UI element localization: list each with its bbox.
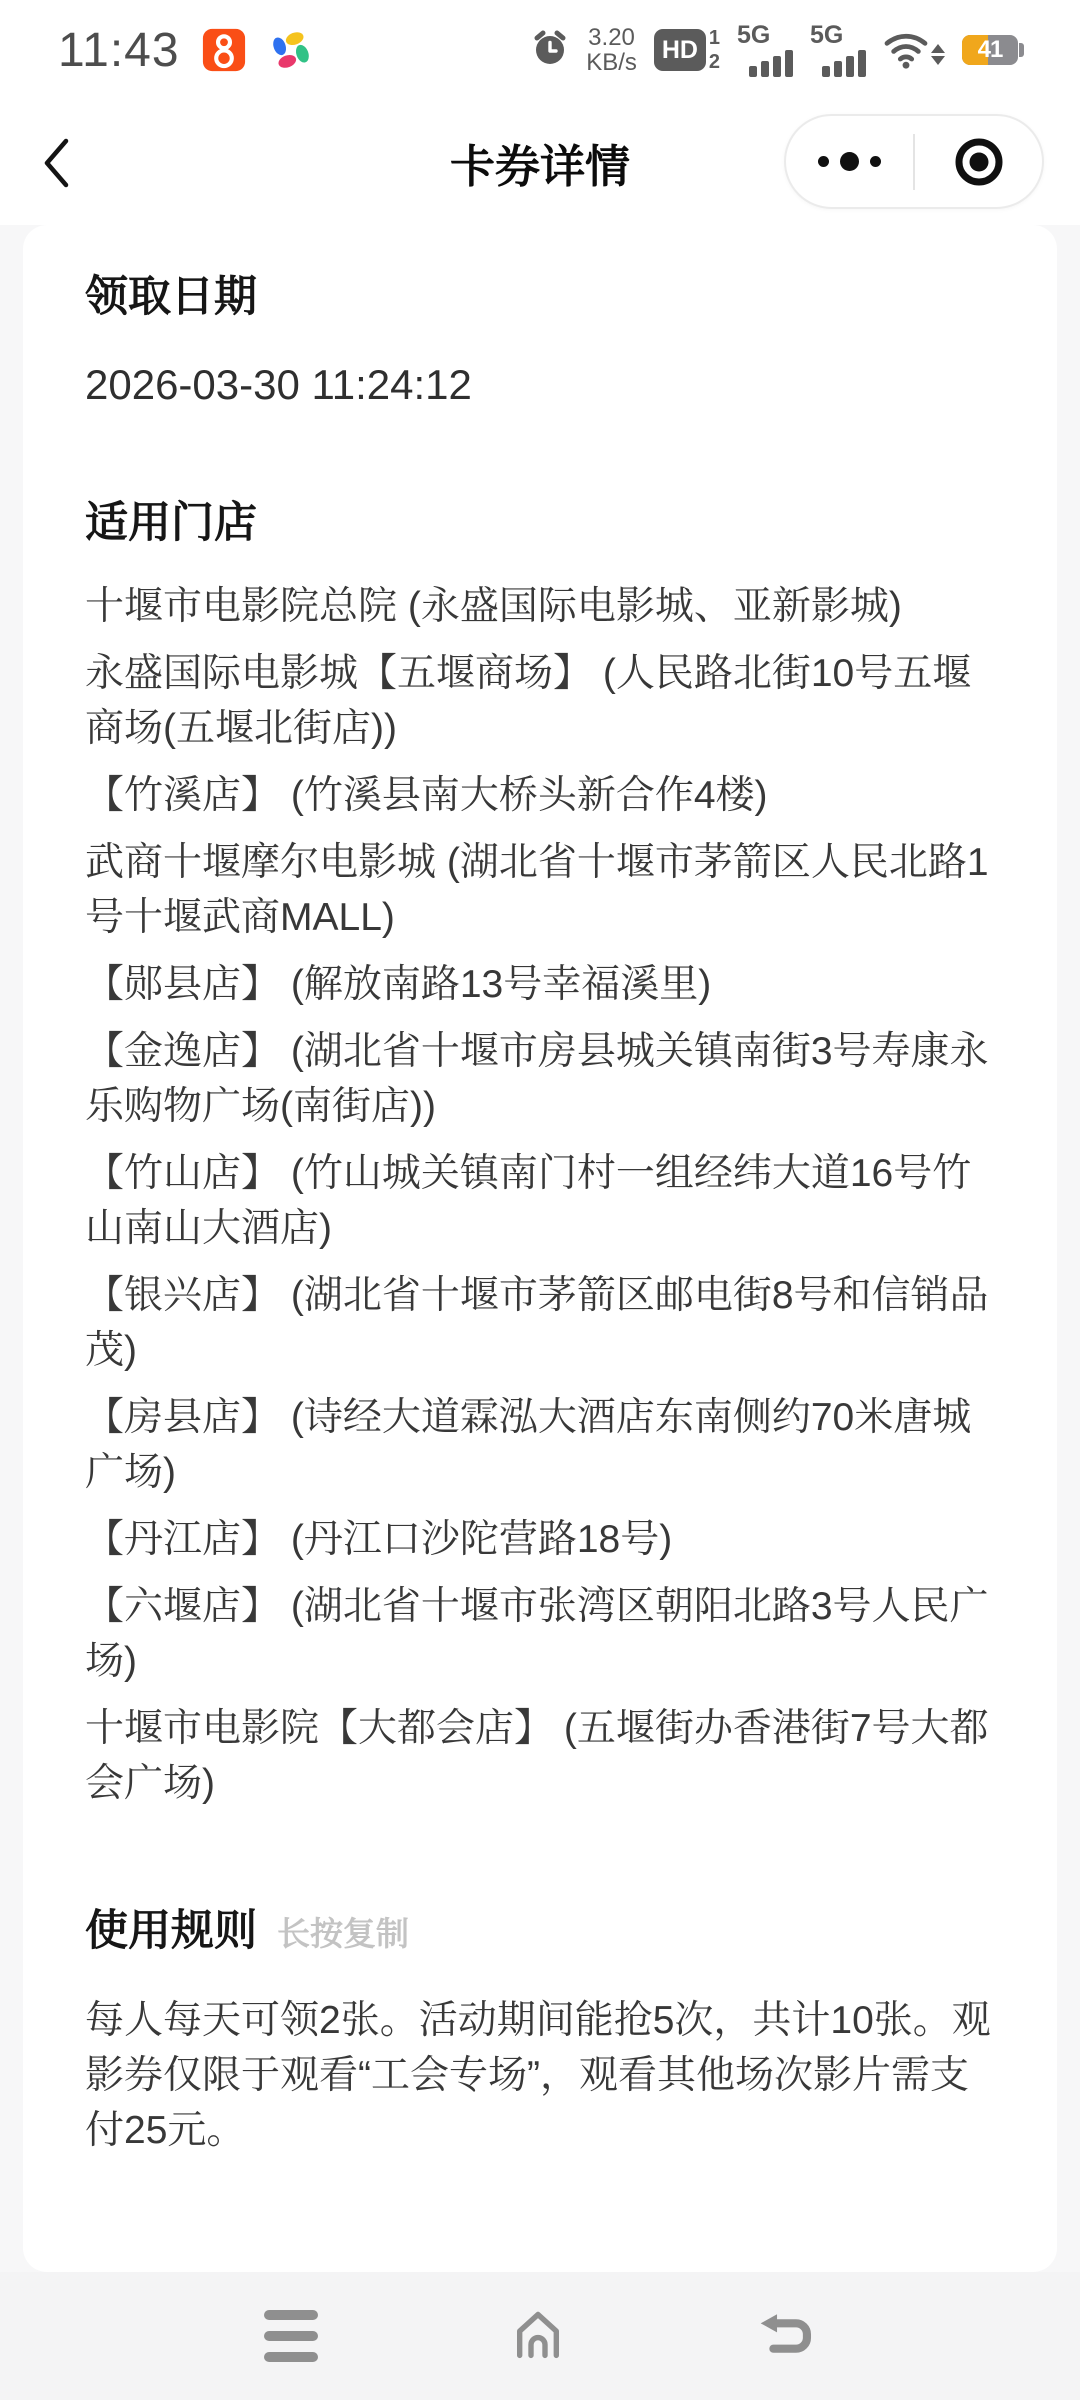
store-item: 十堰市电影院总院 (永盛国际电影城、亚新影城) (85, 579, 997, 634)
menu-icon (264, 2310, 318, 2362)
store-item: 【丹江店】 (丹江口沙陀营路18号) (85, 1512, 997, 1567)
coupon-detail-scroll-area[interactable]: 领取日期 2026-03-30 11:24:12 适用门店 十堰市电影院总院 (… (0, 225, 1080, 2272)
claim-date-heading: 领取日期 (85, 271, 997, 323)
signal-sim2-icon: 5G (810, 24, 866, 77)
nav-bar: 卡券详情 (0, 100, 1080, 225)
store-item: 【竹山店】 (竹山城关镇南门村一组经纬大道16号竹山南山大酒店) (85, 1146, 997, 1256)
phone-screen: 11:43 (0, 0, 1080, 2400)
rules-text[interactable]: 每人每天可领2张。活动期间能抢5次，共计10张。观影券仅限于观看“工会专场”，观… (85, 1993, 997, 2158)
store-item: 【房县店】 (诗经大道霖泓大酒店东南侧约70米唐城广场) (85, 1390, 997, 1500)
store-item: 【郧县店】 (解放南路13号幸福溪里) (85, 957, 997, 1012)
close-minimize-button[interactable] (915, 116, 1042, 207)
sim1-label: 1 (709, 28, 720, 48)
store-item: 【金逸店】 (湖北省十堰市房县城关镇南街3号寿康永乐购物广场(南街店)) (85, 1024, 997, 1134)
more-options-button[interactable] (786, 116, 913, 207)
hd-badge: HD (654, 29, 706, 71)
status-bar-right: 3.20 KB/s HD 1 2 5G 5G (531, 24, 1024, 77)
wifi-traffic-arrows (931, 44, 945, 65)
coupon-detail-card: 领取日期 2026-03-30 11:24:12 适用门店 十堰市电影院总院 (… (23, 225, 1057, 2272)
rules-heading-row: 使用规则 长按复制 (85, 1905, 997, 1957)
ellipsis-icon (818, 152, 881, 171)
long-press-copy-hint: 长按复制 (277, 1908, 409, 1955)
battery-nub (1019, 43, 1024, 57)
signal-bars (749, 50, 793, 77)
wifi-icon (883, 31, 945, 69)
kuaishou-notification-icon (202, 28, 246, 72)
battery-icon: 41 (962, 35, 1024, 65)
home-button[interactable] (510, 2308, 566, 2364)
battery-percent: 41 (962, 35, 1018, 65)
network-speed-value: 3.20 (588, 25, 635, 50)
rules-heading: 使用规则 (85, 1905, 257, 1957)
sim-indicators: 1 2 (709, 28, 720, 72)
network-speed-unit: KB/s (586, 50, 637, 75)
network-speed: 3.20 KB/s (586, 25, 637, 75)
miniprogram-capsule (784, 114, 1044, 209)
store-list: 十堰市电影院总院 (永盛国际电影城、亚新影城) 永盛国际电影城【五堰商场】 (人… (85, 579, 997, 1811)
signal-sim1-icon: 5G (737, 24, 793, 77)
chevron-left-icon (38, 133, 74, 193)
store-item: 【竹溪店】 (竹溪县南大桥头新合作4楼) (85, 768, 997, 823)
android-navigation-bar (0, 2272, 1080, 2400)
pinwheel-app-notification-icon (268, 27, 314, 73)
store-item: 十堰市电影院【大都会店】 (五堰街办香港街7号大都会广场) (85, 1701, 997, 1811)
return-arrow-icon (758, 2310, 816, 2362)
status-bar: 11:43 (0, 0, 1080, 100)
target-circle-icon (953, 136, 1005, 188)
store-item: 【银兴店】 (湖北省十堰市茅箭区邮电街8号和信销品茂) (85, 1268, 997, 1378)
claim-date-value: 2026-03-30 11:24:12 (85, 359, 997, 411)
clock-time: 11:43 (58, 23, 180, 78)
store-item: 武商十堰摩尔电影城 (湖北省十堰市茅箭区人民北路1号十堰武商MALL) (85, 835, 997, 945)
sim2-label: 2 (709, 52, 720, 72)
home-icon (510, 2308, 566, 2364)
volte-hd-icon: HD 1 2 (654, 28, 720, 72)
store-item: 永盛国际电影城【五堰商场】 (人民路北街10号五堰商场(五堰北街店)) (85, 646, 997, 756)
back-nav-button[interactable] (758, 2310, 816, 2362)
stores-heading: 适用门店 (85, 497, 997, 549)
store-item: 【六堰店】 (湖北省十堰市张湾区朝阳北路3号人民广场) (85, 1579, 997, 1689)
back-button[interactable] (38, 133, 74, 193)
recents-menu-button[interactable] (264, 2310, 318, 2362)
alarm-icon (531, 29, 569, 72)
signal-bars (822, 50, 866, 77)
status-bar-left: 11:43 (58, 23, 314, 78)
